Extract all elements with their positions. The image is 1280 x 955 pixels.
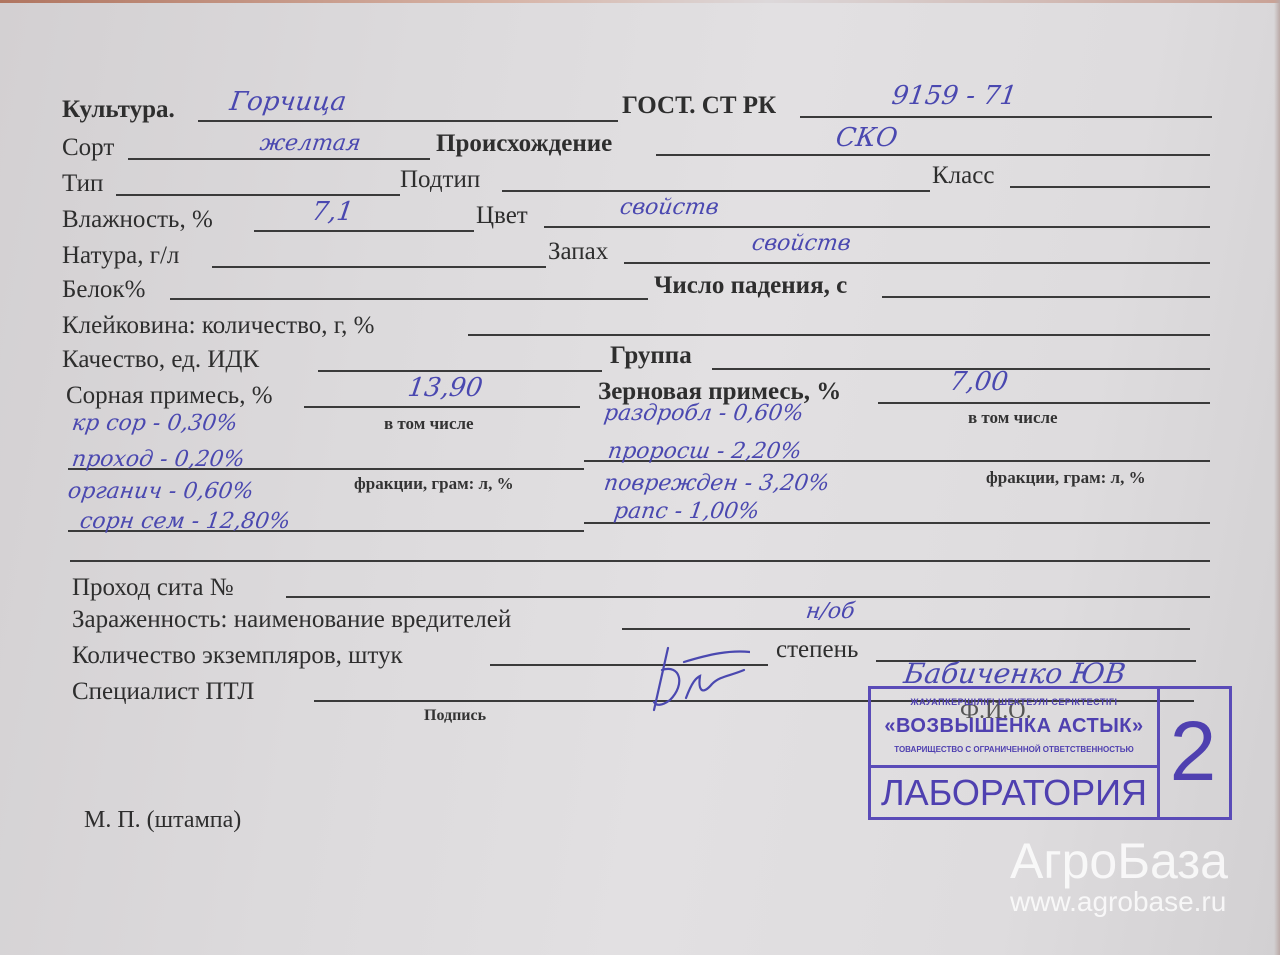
protein-label: Белок% (62, 276, 145, 304)
degree-label: степень (776, 636, 858, 664)
smell-label: Запах (548, 238, 608, 266)
gluten-line (468, 334, 1210, 336)
falling-number-label: Число падения, с (654, 272, 847, 300)
paper-right-edge (1274, 0, 1280, 955)
weed-item: органич - 0,60% (66, 478, 255, 506)
signature-mark (640, 640, 750, 720)
grain-fractions-label: фракции, грам: л, % (986, 468, 1146, 488)
laboratory-stamp: ЖАУАПКЕРШІЛІГІ ШЕКТЕУЛІ СЕРІКТЕСТІГІ «ВО… (868, 686, 1232, 820)
gost-line (800, 116, 1212, 118)
subtype-line (502, 190, 930, 192)
watermark-url: www.agrobase.ru (1010, 886, 1226, 918)
weed-item: кр сор - 0,30% (70, 410, 239, 438)
weed-line (304, 406, 580, 408)
grain-item: раздробл - 0,60% (602, 400, 805, 428)
specialist-name: Бабиченко ЮВ (902, 660, 1127, 688)
weed-including-label: в том числе (384, 414, 474, 434)
grain-item: проросш - 2,20% (606, 438, 803, 466)
sort-line (128, 158, 430, 160)
color-value: свойств (618, 194, 720, 222)
color-label: Цвет (476, 202, 528, 230)
nature-line (212, 266, 546, 268)
culture-label: Культура. (62, 96, 175, 124)
signature-caption: Подпись (424, 706, 486, 726)
grain-line (878, 402, 1210, 404)
mp-label: М. П. (штампа) (84, 806, 241, 834)
quality-label: Качество, ед. ИДК (62, 346, 259, 374)
stamp-number: 2 (1163, 701, 1223, 801)
falling-number-line (882, 296, 1210, 298)
stamp-company-block: ЖАУАПКЕРШІЛІГІ ШЕКТЕУЛІ СЕРІКТЕСТІГІ «ВО… (871, 689, 1157, 768)
type-label: Тип (62, 170, 103, 198)
separator-line (70, 560, 1210, 562)
infestation-value: н/об (804, 598, 857, 626)
grain-item: рапс - 1,00% (612, 498, 761, 526)
gost-value: 9159 - 71 (890, 82, 1019, 110)
stamp-laboratory: ЛАБОРАТОРИЯ (873, 773, 1155, 813)
culture-line (198, 120, 618, 122)
smell-value: свойств (750, 230, 852, 258)
infestation-line (622, 628, 1190, 630)
nature-label: Натура, г/л (62, 242, 179, 270)
stamp-line-ru: ТОВАРИЩЕСТВО С ОГРАНИЧЕННОЙ ОТВЕТСТВЕННО… (875, 745, 1153, 754)
sort-value: желтая (258, 130, 363, 158)
sieve-line (286, 596, 1210, 598)
sieve-label: Проход сита № (72, 574, 234, 602)
class-line (1010, 186, 1210, 188)
stamp-company-name: «ВОЗВЫШЕНКА АСТЫК» (873, 715, 1155, 738)
weed-label: Сорная примесь, % (66, 382, 273, 410)
grain-value: 7,00 (948, 368, 1010, 396)
weed-value: 13,90 (406, 374, 484, 402)
gost-label: ГОСТ. СТ РК (622, 92, 776, 120)
protein-line (170, 298, 648, 300)
sort-label: Сорт (62, 134, 114, 162)
class-label: Класс (932, 162, 994, 190)
origin-label: Происхождение (436, 130, 612, 158)
subtype-label: Подтип (400, 166, 480, 194)
smell-line (624, 262, 1210, 264)
culture-value: Горчица (228, 88, 348, 116)
stamp-line-kz: ЖАУАПКЕРШІЛІГІ ШЕКТЕУЛІ СЕРІКТЕСТІГІ (875, 697, 1153, 707)
grain-item: поврежден - 3,20% (602, 470, 831, 498)
moisture-line (254, 230, 474, 232)
count-label: Количество экземпляров, штук (72, 642, 403, 670)
stamp-left-block: ЖАУАПКЕРШІЛІГІ ШЕКТЕУЛІ СЕРІКТЕСТІГІ «ВО… (871, 689, 1160, 817)
weed-fractions-label: фракции, грам: л, % (354, 474, 514, 494)
origin-value: СКО (834, 124, 899, 152)
weed-item: проход - 0,20% (70, 446, 246, 474)
origin-line (656, 154, 1210, 156)
specialist-label: Специалист ПТЛ (72, 678, 254, 706)
infestation-label: Зараженность: наименование вредителей (72, 606, 511, 634)
moisture-label: Влажность, % (62, 206, 213, 234)
grain-including-label: в том числе (968, 408, 1058, 428)
color-line (544, 226, 1210, 228)
moisture-value: 7,1 (310, 198, 355, 226)
group-label: Группа (610, 342, 692, 370)
watermark-brand: АгроБаза (1010, 832, 1228, 890)
weed-item: сорн сем - 12,80% (78, 508, 292, 536)
paper-top-edge (0, 0, 1280, 3)
type-line (116, 194, 400, 196)
gluten-label: Клейковина: количество, г, % (62, 312, 374, 340)
quality-line (318, 370, 602, 372)
